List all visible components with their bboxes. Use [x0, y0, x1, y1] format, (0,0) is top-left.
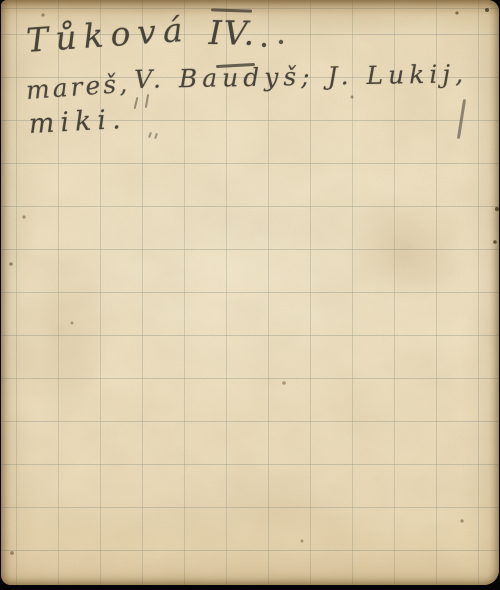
- age-stain: [341, 190, 471, 305]
- handwritten-line1-numeral: IV.: [208, 13, 256, 53]
- pencil-tick-mark: [148, 132, 152, 138]
- age-stain: [151, 460, 371, 560]
- pencil-tick-mark: [145, 94, 149, 108]
- handwritten-line2-names: V. Baudyš; J. Lukij,: [134, 59, 468, 94]
- pencil-tick-mark: [154, 133, 158, 139]
- scan-backdrop: { "note": { "line1_word": "Tůková", "lin…: [0, 0, 500, 590]
- handwritten-line2-name1: mareš,: [25, 69, 131, 105]
- pencil-comma-tail-stroke: [457, 99, 466, 139]
- handwritten-line1-word: Tůková: [25, 10, 191, 60]
- handwritten-line3-name: miki.: [28, 104, 127, 140]
- pencil-tick-mark: [134, 97, 139, 109]
- dirt-specks: [1, 0, 3, 2]
- note-card-paper: Tůková IV. mareš, V. Baudyš; J. Lukij, m…: [1, 0, 499, 585]
- pencil-overline-numeral: [211, 8, 252, 12]
- age-stain: [9, 240, 109, 420]
